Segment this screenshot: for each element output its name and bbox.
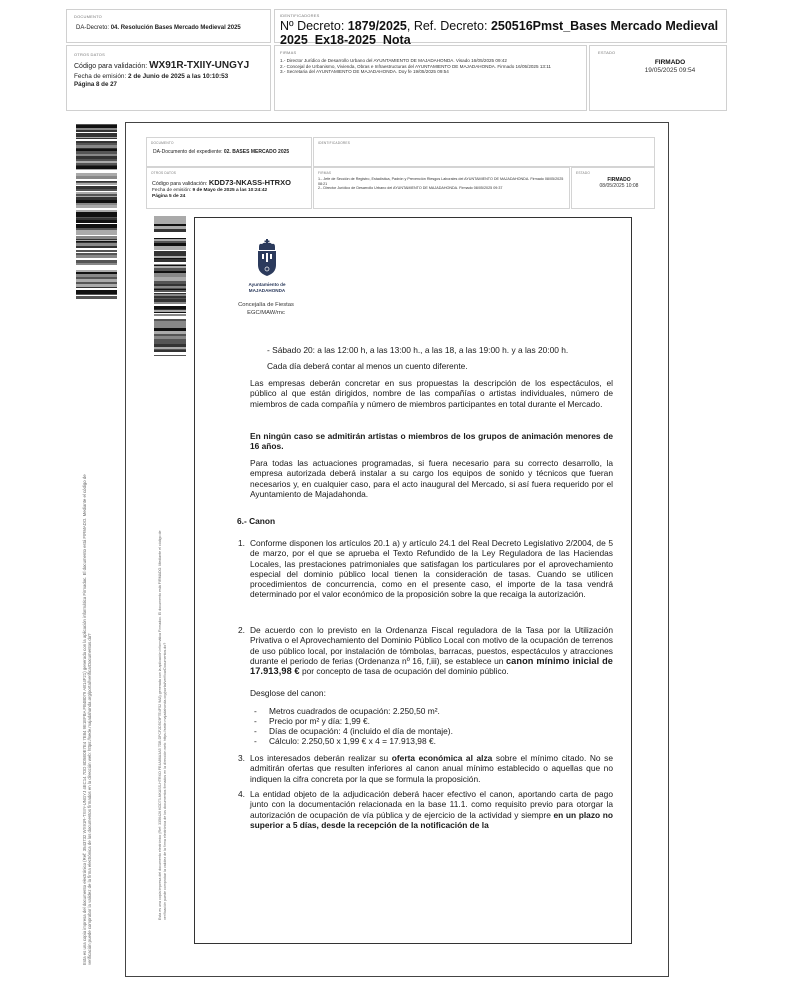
validation-code: Código para validación: WX91R-TXIIY-UNGY… [74,60,249,71]
desglose-item: -Metros cuadrados de ocupación: 2.250,50… [254,706,440,716]
inner-other-data-box: OTROS DATOS Código para validación: KDD7… [146,167,312,209]
outer-identifiers-box: IDENTIFICADORES Nº Decreto: 1879/2025, R… [274,9,727,43]
inner-documento-value: DA-Documento del expediente: 02. BASES M… [153,149,303,156]
org-name-line1: Ayuntamiento de [244,282,290,287]
paragraph-empresas: Las empresas deberán concretar en sus pr… [250,378,613,409]
inner-status-box: ESTADO FIRMADO 08/05/2025 10:08 [571,167,655,209]
canon-item-2: 2. De acuerdo con lo previsto en la Orde… [250,625,613,676]
document-reference: EGC/MAW/rnc [226,310,306,317]
signature-item: 3.- Secretaria del AYUNTAMIENTO DE MAJAD… [280,69,580,75]
org-name-line2: MAJADAHONDA [244,288,290,293]
economic-offer-highlight: oferta económica al alza [392,753,493,763]
canon-item-4: 4. La entidad objeto de la adjudicación … [250,789,613,830]
section-title-canon: 6.- Canon [237,516,275,526]
municipality-logo: Ayuntamiento de MAJADAHONDA [244,239,288,297]
desglose-item: -Cálculo: 2.250,50 x 1,99 € x 4 = 17.913… [254,736,436,746]
inner-identifiers-box: IDENTIFICADORES [313,137,655,167]
inner-document-box: DOCUMENTO DA-Documento del expediente: 0… [146,137,312,167]
outer-verification-text: Esta es una copia impresa del documento … [82,295,93,965]
saturday-schedule: - Sábado 20: a las 12:00 h, a las 13:00 … [267,345,627,355]
canon-item-1: 1. Conforme disponen los artículos 20.1 … [250,538,613,600]
paragraph-prohibicion: En ningún caso se admitirán artistas o m… [250,431,613,452]
status-badge: FIRMADO [620,59,720,66]
page-number: Página 8 de 27 [74,81,117,88]
signature-item: 1.- Jefe de Sección de Registro, Estadís… [318,177,566,186]
inner-status-date: 08/05/2025 10:08 [586,183,652,189]
status-date: 19/05/2025 09:54 [620,67,720,74]
inner-page-number: Página 5 de 24 [152,194,185,199]
signature-item: 2.- Director Jurídico de Desarrollo Urba… [318,186,566,191]
desglose-item: -Días de ocupación: 4 (incluido el día d… [254,726,453,736]
inner-verification-text: Esta es una copia impresa del documento … [158,370,167,920]
emission-date: Fecha de emisión: 2 de Junio de 2025 a l… [74,73,228,80]
otros-datos-label: OTROS DATOS [74,52,105,57]
identificadores-label: IDENTIFICADORES [280,13,319,18]
desglose-title: Desglose del canon: [250,688,326,698]
outer-document-box: DOCUMENTO DA-Decreto: 04. Resolución Bas… [66,9,271,43]
outer-signatures-box: FIRMAS 1.- Director Jurídico de Desarrol… [274,45,587,111]
story-requirement: Cada día deberá contar al menos un cuent… [267,361,627,371]
firmas-label: FIRMAS [280,50,296,55]
paragraph-actuaciones: Para todas las actuaciones programadas, … [250,458,613,499]
outer-other-data-box: OTROS DATOS Código para validación: WX91… [66,45,271,111]
documento-label: DOCUMENTO [74,14,102,19]
canon-item-3: 3. Los interesados deberán realizar su o… [250,753,613,784]
inner-barcode [154,216,186,356]
estado-label: ESTADO [598,50,615,55]
department-name: Concejalía de Fiestas [226,302,306,309]
outer-barcode [76,121,117,299]
signature-list: 1.- Director Jurídico de Desarrollo Urba… [280,58,580,75]
decree-identifier: Nº Decreto: 1879/2025, Ref. Decreto: 250… [280,19,720,47]
inner-validation-code: Código para validación: KDD73-NKASS-HTRX… [152,178,291,187]
inner-signature-list: 1.- Jefe de Sección de Registro, Estadís… [318,177,566,191]
coat-of-arms-icon [256,239,278,277]
inner-emission-date: Fecha de emisión: 9 de Mayo de 2025 a la… [152,188,267,193]
outer-status-box: ESTADO FIRMADO 19/05/2025 09:54 [589,45,727,111]
documento-value: DA-Decreto: 04. Resolución Bases Mercado… [76,24,266,32]
desglose-item: -Precio por m² y día: 1,99 €. [254,716,370,726]
inner-signatures-box: FIRMAS 1.- Jefe de Sección de Registro, … [313,167,570,209]
